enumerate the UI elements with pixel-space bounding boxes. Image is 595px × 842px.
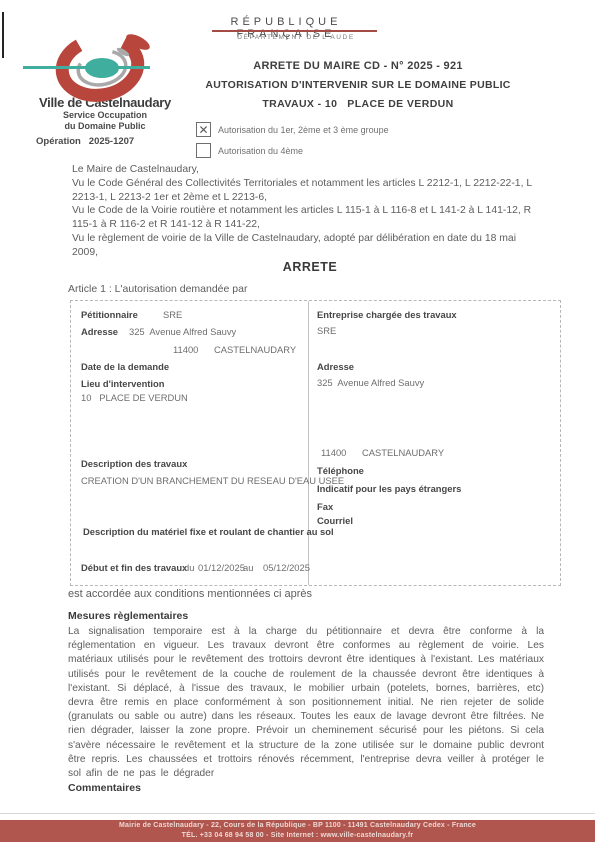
authorization-table: Pétitionnaire SRE Adresse 325 Avenue Alf…: [70, 300, 561, 586]
adresse-right-cp-ville: 11400 CASTELNAUDARY: [321, 447, 444, 458]
date-debut-value: 01/12/2025: [198, 562, 245, 573]
adresse-left-value: 325 Avenue Alfred Sauvy: [129, 326, 236, 337]
arrete-document-page: Ville de Castelnaudary Service Occupatio…: [0, 0, 595, 842]
service-line-2: du Domaine Public: [14, 121, 196, 132]
lieu-intervention-label: Lieu d'intervention: [81, 378, 164, 389]
service-line-1: Service Occupation: [14, 110, 196, 121]
entreprise-value: SRE: [317, 325, 336, 336]
checkbox-x-mark: ✕: [198, 124, 208, 136]
description-travaux-value: CREATION D'UN BRANCHEMENT DU RESEAU D'EA…: [81, 475, 344, 486]
article-1-line: Article 1 : L'autorisation demandée par: [68, 283, 247, 295]
du-label: du: [184, 562, 194, 573]
checkbox-groupe-1-2-3-label: Autorisation du 1er, 2ème et 3 ème group…: [218, 125, 389, 135]
travaux-title: TRAVAUX - 10 PLACE DE VERDUN: [175, 98, 541, 110]
adresse-left-label: Adresse: [81, 326, 118, 337]
preamble-line-reglement: Vu le règlement de voirie de la Ville de…: [72, 232, 542, 260]
mesures-reglementaires-title: Mesures règlementaires: [68, 610, 188, 622]
petitionnaire-label: Pétitionnaire: [81, 309, 138, 320]
departement-subtitle: DÉPARTEMENT DE L'AUDE: [190, 34, 402, 41]
debut-fin-label: Début et fin des travaux: [81, 562, 187, 573]
checkbox-groupe-4[interactable]: [196, 143, 211, 158]
scan-artifact: [2, 12, 4, 58]
republique-underline: [212, 30, 377, 32]
preamble-line-cgct: Vu le Code Général des Collectivités Ter…: [72, 177, 542, 205]
autorisation-title: AUTORISATION D'INTERVENIR SUR LE DOMAINE…: [175, 79, 541, 91]
arrete-number-title: ARRETE DU MAIRE CD - N° 2025 - 921: [175, 60, 541, 72]
lieu-intervention-value: 10 PLACE DE VERDUN: [81, 392, 188, 403]
indicatif-label: Indicatif pour les pays étrangers: [317, 483, 461, 494]
operation-number: Opération 2025-1207: [36, 136, 134, 147]
logo-horizontal-line: [23, 66, 150, 69]
checkbox-groupe-4-label: Autorisation du 4ème: [218, 146, 303, 156]
footer-address-line: Mairie de Castelnaudary - 22, Cours de l…: [0, 822, 595, 829]
preamble-line-maire: Le Maire de Castelnaudary,: [72, 163, 542, 177]
table-column-divider: [308, 301, 309, 585]
footer-hairline: [0, 813, 595, 814]
courriel-label: Courriel: [317, 515, 353, 526]
description-materiel-label: Description du matériel fixe et roulant …: [83, 526, 334, 537]
preamble-block: Le Maire de Castelnaudary, Vu le Code Gé…: [72, 163, 542, 260]
adresse-left-cp-ville: 11400 CASTELNAUDARY: [173, 344, 296, 355]
fax-label: Fax: [317, 501, 333, 512]
date-fin-value: 05/12/2025: [263, 562, 310, 573]
arrete-heading: ARRETE: [70, 260, 550, 274]
granted-conditions-line: est accordée aux conditions mentionnées …: [68, 588, 312, 600]
adresse-right-value: 325 Avenue Alfred Sauvy: [317, 377, 424, 388]
footer-band: Mairie de Castelnaudary - 22, Cours de l…: [0, 820, 595, 842]
telephone-label: Téléphone: [317, 465, 364, 476]
commentaires-title: Commentaires: [68, 782, 141, 794]
description-travaux-label: Description des travaux: [81, 458, 187, 469]
au-label: au: [243, 562, 253, 573]
preamble-line-voirie: Vu le Code de la Voirie routière et nota…: [72, 204, 542, 232]
petitionnaire-value: SRE: [163, 309, 182, 320]
adresse-right-label: Adresse: [317, 361, 354, 372]
checkbox-groupe-1-2-3[interactable]: ✕: [196, 122, 211, 137]
footer-contact-line: TÉL. +33 04 68 94 58 00 - Site Internet …: [0, 832, 595, 839]
date-demande-label: Date de la demande: [81, 361, 169, 372]
entreprise-label: Entreprise chargée des travaux: [317, 309, 457, 320]
mesures-reglementaires-body: La signalisation temporaire est à la cha…: [68, 625, 544, 781]
